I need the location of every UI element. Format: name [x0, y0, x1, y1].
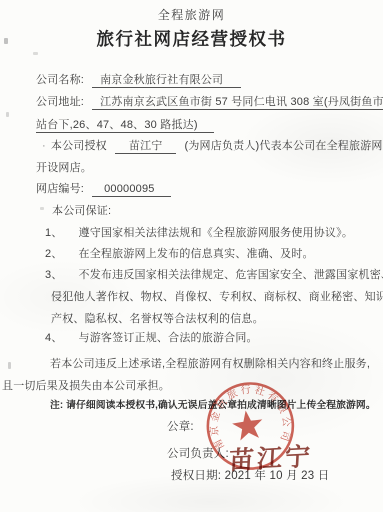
scan-artifact [6, 112, 9, 117]
item-1-text: 遵守国家相关法律法规和《全程旅游网服务使用协议》。 [79, 224, 354, 240]
company-address-value-line1: 江苏南京玄武区鱼市街 57 号同仁电讯 308 室(丹凤街鱼市街 [92, 96, 383, 110]
guarantee-item-4: 4、 与游客签订正规、合法的旅游合同。 [45, 329, 258, 345]
note-text: 请仔细阅读本授权书,确认无误后盖公章拍成清晰图片上传全程旅游网。 [66, 400, 376, 411]
authorize-row-2: 开设网店。 [36, 159, 92, 175]
item-1-number: 1、 [45, 224, 63, 240]
breach-clause-line1: 若本公司违反上述承诺,全程旅游网有权删除相关内容和终止服务, [50, 355, 370, 371]
company-address-value-line2: 站台下,26、47、48、30 路抵达) [36, 119, 214, 133]
authorize-prefix: 本公司授权 [51, 140, 107, 152]
company-address-label: 公司地址: [36, 96, 84, 108]
item-4-text: 与游客签订正规、合法的旅游合同。 [79, 329, 258, 345]
scan-artifact [40, 207, 44, 210]
item-3-text-line2: 侵犯他人著作权、物权、肖像权、专利权、商标权、商业秘密、知识 [51, 288, 383, 304]
guarantee-item-3: 3、 不发布违反国家相关法律规定、危害国家安全、泄露国家机密、 [45, 266, 383, 282]
page-title: 旅行社网店经营授权书 [0, 26, 383, 51]
company-name-label: 公司名称: [36, 74, 84, 86]
item-3-text-line3: 产权、隐私权、名誉权等合法权利的信息。 [51, 310, 264, 326]
company-address-row-2: 站台下,26、47、48、30 路抵达) [36, 116, 214, 132]
scan-artifact [33, 52, 38, 55]
shop-number-value: 00000095 [92, 183, 171, 197]
note-row: 注: 请仔细阅读本授权书,确认无误后盖公章拍成清晰图片上传全程旅游网。 [50, 397, 376, 411]
item-2-text: 在全程旅游网上发布的信息真实、准确、及时。 [79, 245, 314, 261]
scan-artifact [8, 362, 11, 369]
scan-artifact [4, 38, 8, 44]
item-2-number: 2、 [45, 245, 63, 261]
note-label: 注: [50, 400, 63, 411]
authorize-suffix: (为网店负责人)代表本公司在全程旅游网 [184, 140, 382, 152]
shop-number-row: 网店编号:00000095 [36, 180, 171, 196]
authorize-row: ·本公司授权苗江宁(为网店负责人)代表本公司在全程旅游网 [42, 137, 383, 153]
company-name-value: 南京金秋旅行社有限公司 [92, 74, 241, 88]
seal-star-icon [231, 408, 265, 441]
site-name: 全程旅游网 [0, 6, 383, 23]
item-3-text-line1: 不发布违反国家相关法律规定、危害国家安全、泄露国家机密、 [79, 266, 383, 282]
bullet-mark: · [42, 140, 46, 152]
company-name-row: 公司名称:南京金秋旅行社有限公司 [36, 71, 241, 87]
authorization-document: 全程旅游网 旅行社网店经营授权书 公司名称:南京金秋旅行社有限公司 公司地址:江… [0, 0, 383, 512]
item-3-number: 3、 [45, 266, 63, 282]
item-4-number: 4、 [45, 329, 63, 345]
company-address-row: 公司地址:江苏南京玄武区鱼市街 57 号同仁电讯 308 室(丹凤街鱼市街 [36, 93, 383, 109]
shop-number-label: 网店编号: [36, 183, 84, 195]
guarantee-item-1: 1、 遵守国家相关法律法规和《全程旅游网服务使用协议》。 [45, 224, 353, 240]
handwritten-signature: 苗江宁 [228, 437, 314, 478]
date-label: 授权日期: [171, 470, 221, 482]
guarantee-item-2: 2、 在全程旅游网上发布的信息真实、准确、及时。 [45, 245, 314, 261]
manager-label: 公司负责人: [167, 445, 229, 461]
seal-label: 公章: [167, 418, 194, 434]
breach-clause-line2: 且一切后果及损失由本公司承担。 [2, 377, 170, 393]
authorized-person-value: 苗江宁 [115, 140, 177, 154]
guarantee-heading: 本公司保证: [52, 202, 111, 218]
